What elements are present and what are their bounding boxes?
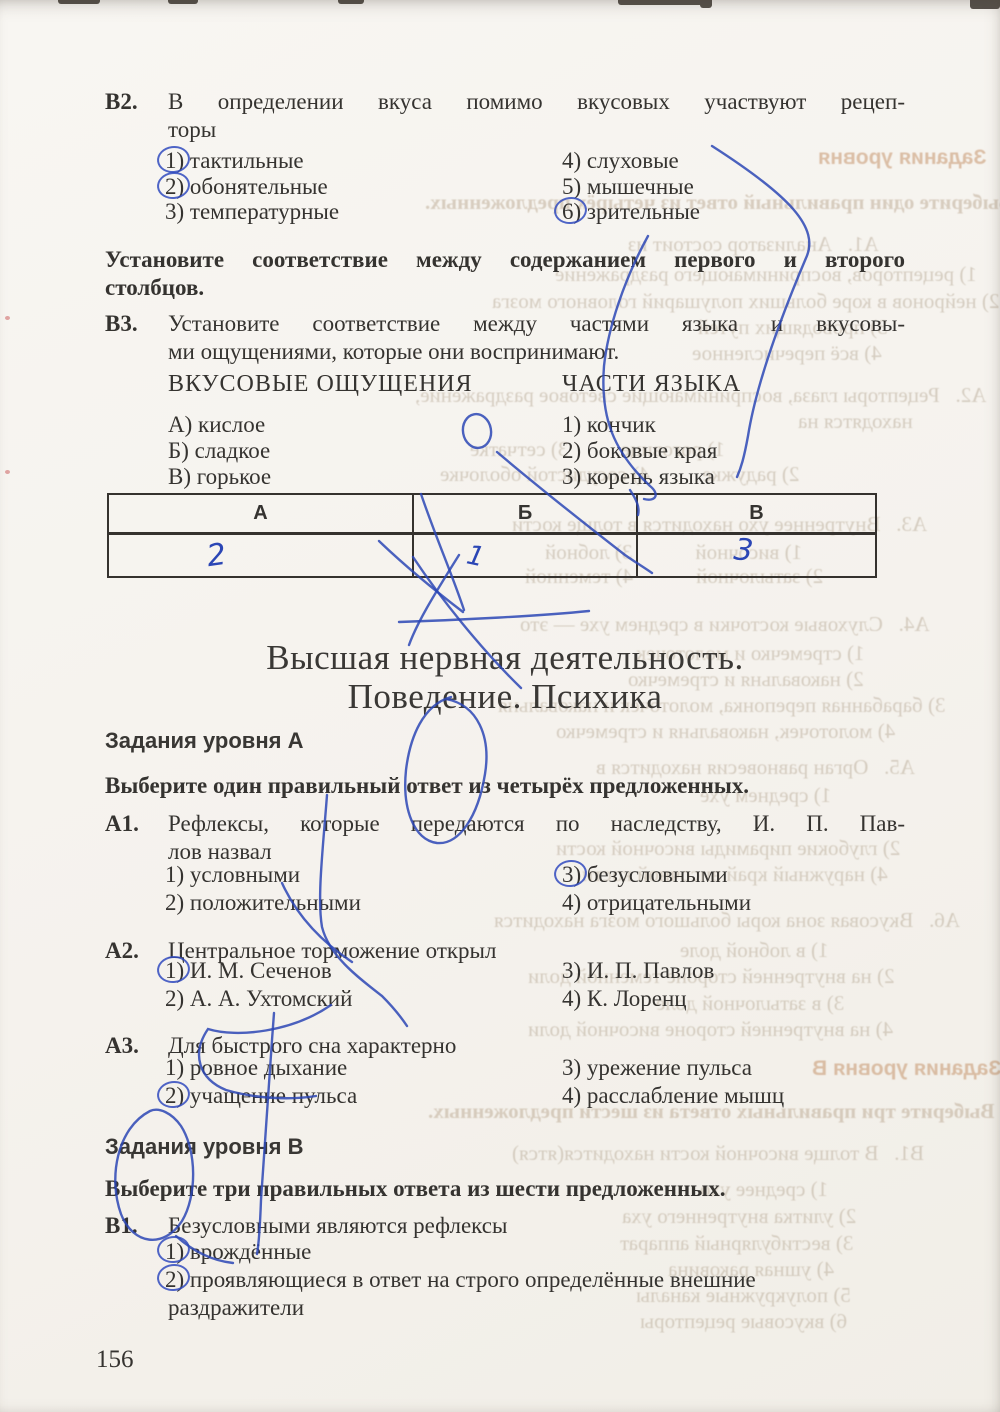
option-1: 1) тактильные <box>165 148 562 174</box>
match-item: В) горькое <box>168 464 473 490</box>
option-2: 2) проявляющиеся в ответ на строго опред… <box>165 1266 925 1322</box>
bleedthrough-line: находятся на <box>798 409 913 434</box>
option-text: безусловными <box>581 862 727 887</box>
question-b2-line1: В определении вкуса помимо вкусовых учас… <box>168 88 905 116</box>
match-right-header: ЧАСТИ ЯЗЫКА <box>562 371 741 398</box>
option-number: 3) <box>562 958 581 984</box>
option-number: 2) <box>165 890 184 916</box>
option-text: ровное дыхание <box>184 1055 347 1080</box>
level-a-instruction: Выберите один правильный ответ из четырё… <box>105 772 905 800</box>
option-text: учащение пульса <box>184 1083 357 1108</box>
margin-mark <box>5 316 10 320</box>
option-text: мышечные <box>581 174 694 199</box>
option-text: зрительные <box>581 199 700 224</box>
option-text: врождённые <box>184 1239 311 1264</box>
option-3: 3) урежение пульса <box>562 1055 959 1083</box>
match-left-items: А) кислоеБ) сладкоеВ) горькое <box>168 412 473 490</box>
question-label-a2: А2. <box>105 937 139 964</box>
option-number: 2) <box>165 1266 184 1294</box>
option-1: 1) условными <box>165 862 562 890</box>
question-b2-text: В определении вкуса помимо вкусовых учас… <box>168 88 905 143</box>
option-number: 1) <box>165 862 184 888</box>
option-text: урежение пульса <box>581 1055 752 1080</box>
answer-cell-v <box>638 535 875 576</box>
pen-stroke <box>399 611 589 622</box>
match-instruction: Установите соответствие между содержание… <box>105 246 905 301</box>
option-number: 2) <box>165 1083 184 1109</box>
question-a2-options: 1) И. М. Сеченов2) А. А. Ухтомский3) И. … <box>165 958 959 1013</box>
option-number: 2) <box>165 174 184 200</box>
scan-edge-artifact <box>700 0 712 8</box>
question-b3-text: Установите соответствие между частями яз… <box>168 310 905 365</box>
scan-edge-artifact <box>58 0 100 4</box>
match-item: 1) кончик <box>562 412 741 438</box>
match-instruction-line2: столбцов. <box>105 274 905 302</box>
level-b-instruction: Выберите три правильных ответа из шести … <box>105 1175 905 1203</box>
option-number: 3) <box>165 199 184 225</box>
question-a1-text: Рефлексы, которые передаются по наследст… <box>168 810 905 865</box>
question-a3-options: 1) ровное дыхание2) учащение пульса3) ур… <box>165 1055 959 1110</box>
option-4: 4) К. Лоренц <box>562 986 959 1014</box>
question-b3-line1: Установите соответствие между частями яз… <box>168 310 905 338</box>
question-b2-options: 1) тактильные2) обонятельные3) температу… <box>165 148 959 225</box>
option-text: обонятельные <box>184 174 328 199</box>
match-item: А) кислое <box>168 412 473 438</box>
option-number: 4) <box>562 1083 581 1109</box>
option-number: 1) <box>165 1238 184 1266</box>
answer-cell-a <box>109 535 414 576</box>
match-left-column: ВКУСОВЫЕ ОЩУЩЕНИЯ А) кислоеБ) сладкоеВ) … <box>168 371 473 490</box>
option-number: 3) <box>562 1055 581 1081</box>
option-number: 4) <box>562 986 581 1012</box>
option-3: 3) безусловными <box>562 862 959 890</box>
option-number: 6) <box>562 199 581 225</box>
question-b1-options: 1) врождённые2) проявляющиеся в ответ на… <box>165 1238 925 1322</box>
option-2: 2) А. А. Ухтомский <box>165 986 562 1014</box>
scan-edge-artifact <box>168 0 198 4</box>
option-3: 3) И. П. Павлов <box>562 958 959 986</box>
question-b3-line2: ми ощущениями, которые они воспринимают. <box>168 338 905 366</box>
option-text: слуховые <box>581 148 679 173</box>
option-number: 1) <box>165 958 184 984</box>
option-2: 2) обонятельные <box>165 174 562 200</box>
scanned-workbook-page: Задания уровняВыберите один правильный о… <box>0 0 1000 1412</box>
page-number: 156 <box>96 1346 134 1374</box>
option-1: 1) ровное дыхание <box>165 1055 562 1083</box>
option-text: условными <box>184 862 300 887</box>
option-4: 4) отрицательными <box>562 890 959 918</box>
option-number: 1) <box>165 1055 184 1081</box>
question-label-b2: В2. <box>105 88 138 115</box>
level-a-heading: Задания уровня А <box>105 728 303 754</box>
option-text: проявляющиеся в ответ на строго определё… <box>184 1267 756 1292</box>
option-1: 1) И. М. Сеченов <box>165 958 562 986</box>
question-a1-options: 1) условными2) положительными3) безуслов… <box>165 862 959 917</box>
option-number: 4) <box>562 890 581 916</box>
match-right-column: ЧАСТИ ЯЗЫКА 1) кончик2) боковые края3) к… <box>562 371 741 490</box>
option-text: температурные <box>184 199 339 224</box>
section-title-line1: Высшая нервная деятельность. <box>105 638 905 677</box>
question-a1-line2: лов назвал <box>168 838 905 866</box>
option-text: К. Лоренц <box>581 986 686 1011</box>
handwritten-answer-v: 3 <box>732 532 755 569</box>
option-3: 3) температурные <box>165 199 562 225</box>
match-item: 2) боковые края <box>562 438 741 464</box>
question-label-b3: В3. <box>105 310 138 337</box>
option-4: 4) слуховые <box>562 148 959 174</box>
option-6: 6) зрительные <box>562 199 959 225</box>
answer-table-header-a: А <box>109 495 414 532</box>
level-b-heading: Задания уровня В <box>105 1134 303 1160</box>
question-b1-text: Безусловными являются рефлексы <box>168 1212 905 1240</box>
option-number: 2) <box>165 986 184 1012</box>
bleedthrough-line: В1. В толще височной кости находится(ятс… <box>512 1141 924 1166</box>
question-b2-line2: торы <box>168 116 905 144</box>
answer-table-header-b: Б <box>414 495 638 532</box>
option-number: 4) <box>562 148 581 174</box>
answer-cell-b <box>414 535 638 576</box>
question-label-a3: А3. <box>105 1032 139 1059</box>
option-text: И. М. Сеченов <box>184 958 332 983</box>
option-text-continuation: раздражители <box>168 1294 925 1322</box>
match-item: Б) сладкое <box>168 438 473 464</box>
answer-table-header-row: А Б В <box>109 495 875 535</box>
match-item: 3) корень языка <box>562 464 741 490</box>
option-2: 2) учащение пульса <box>165 1083 562 1111</box>
section-title-line2: Поведение. Психика <box>105 677 905 716</box>
bleedthrough-line: 4) молоточек, наковальня и стремечко <box>556 719 895 744</box>
option-4: 4) расслабление мышц <box>562 1083 959 1111</box>
question-a1-line1: Рефлексы, которые передаются по наследст… <box>168 810 905 838</box>
option-text: расслабление мышц <box>581 1083 784 1108</box>
scan-edge-artifact <box>618 0 706 5</box>
option-2: 2) положительными <box>165 890 562 918</box>
option-number: 1) <box>165 148 184 174</box>
section-title: Высшая нервная деятельность. Поведение. … <box>105 638 905 716</box>
option-5: 5) мышечные <box>562 174 959 200</box>
question-label-a1: А1. <box>105 810 139 837</box>
answer-table: А Б В 2 1 3 <box>107 493 877 578</box>
option-text: положительными <box>184 890 361 915</box>
answer-table-header-v: В <box>638 495 875 532</box>
scan-edge-artifact <box>970 0 1000 9</box>
match-instruction-line1: Установите соответствие между содержание… <box>105 246 905 274</box>
option-1: 1) врождённые <box>165 1238 925 1266</box>
option-text: тактильные <box>184 148 303 173</box>
option-number: 5) <box>562 174 581 200</box>
option-text: А. А. Ухтомский <box>184 986 352 1011</box>
option-text: отрицательными <box>581 890 751 915</box>
match-right-items: 1) кончик2) боковые края3) корень языка <box>562 412 741 490</box>
match-left-header: ВКУСОВЫЕ ОЩУЩЕНИЯ <box>168 371 473 398</box>
bleedthrough-line: А4. Слуховые косточки в среднем ухе — эт… <box>520 612 930 637</box>
option-number: 3) <box>562 862 581 888</box>
question-label-b1: В1. <box>105 1212 138 1239</box>
option-text: И. П. Павлов <box>581 958 714 983</box>
scan-edge-artifact <box>338 0 364 4</box>
margin-mark <box>5 470 10 474</box>
